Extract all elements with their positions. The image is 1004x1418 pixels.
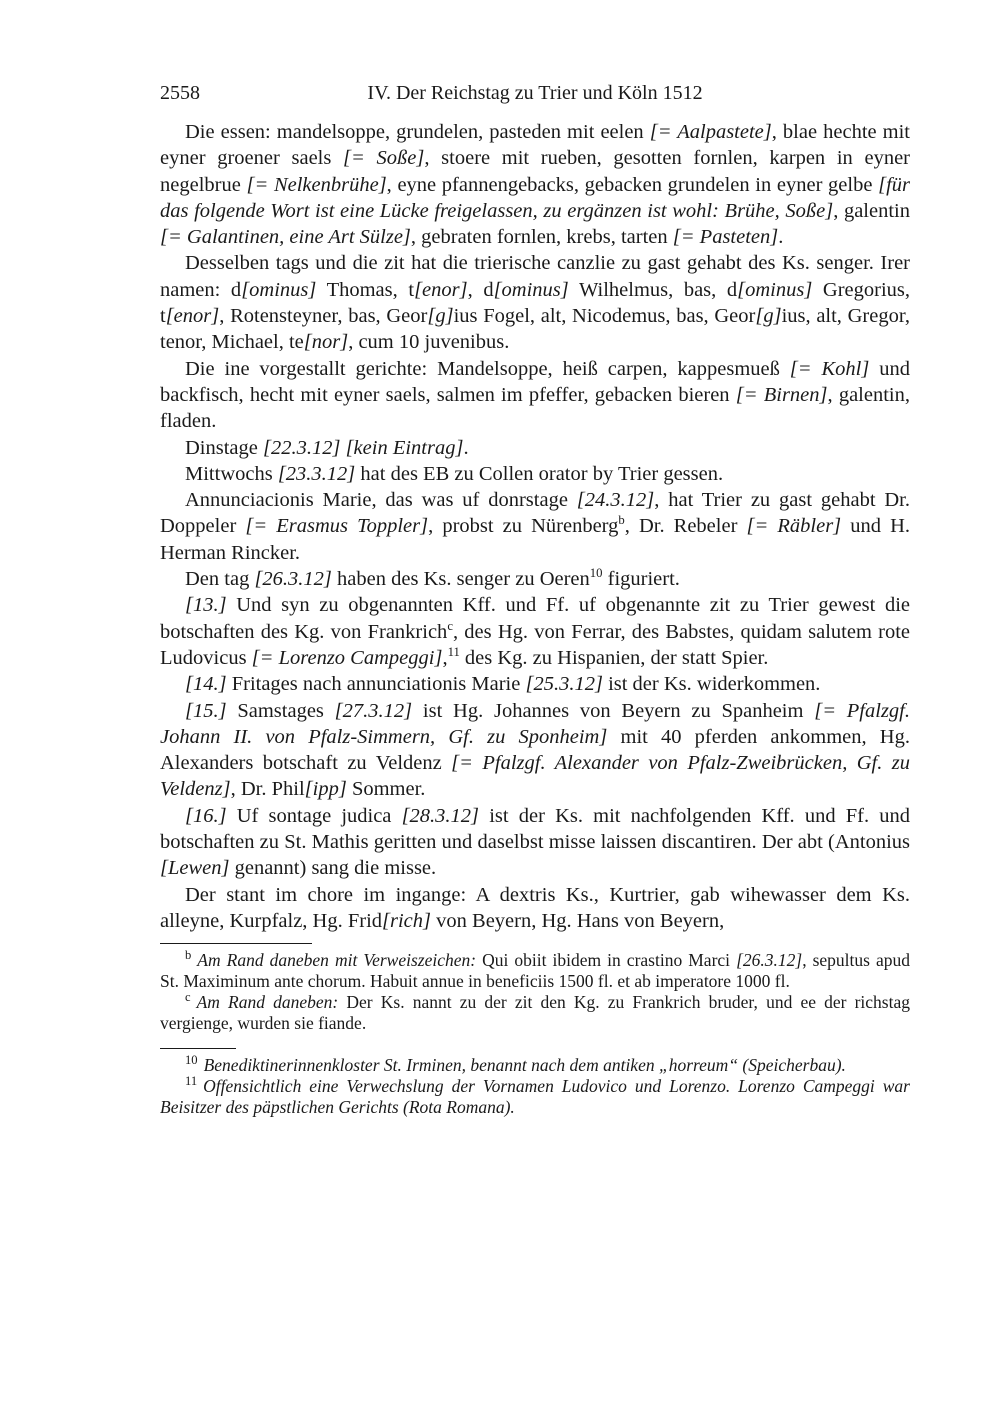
editorial-insertion: [= Erasmus Toppler] [245,515,428,537]
paragraph: Die essen: mandelsoppe, grundelen, paste… [160,119,910,250]
paragraph: Den tag [26.3.12] haben des Ks. senger z… [160,566,910,592]
editorial-insertion: Am Rand daneben: [197,992,339,1012]
text-run: ist Hg. Johannes von Beyern zu Spanheim [412,700,814,722]
text-run: haben des Ks. senger zu Oeren [332,568,590,590]
editorial-insertion: [= Nelkenbrühe] [246,174,386,196]
text-run: von Beyern, Hg. Hans von Beyern, [431,910,724,932]
text-critical-notes: bAm Rand daneben mit Verweiszeichen: Qui… [160,950,910,1034]
text-run: Annunciacionis Marie, das was uf donrsta… [185,489,577,511]
page: 2558 IV. Der Reichstag zu Trier und Köln… [160,78,910,1118]
running-title: IV. Der Reichstag zu Trier und Köln 1512 [160,78,910,108]
editorial-insertion: [ipp] [305,778,347,800]
text-note: bAm Rand daneben mit Verweiszeichen: Qui… [160,950,910,992]
text-run: Uf sontage judica [227,805,402,827]
editorial-insertion: [23.3.12] [278,463,355,485]
editorial-insertion: Am Rand daneben mit Verweiszeichen: [197,950,476,970]
editorial-insertion: Offensichtlich eine Verwechslung der Vor… [160,1076,910,1117]
editorial-insertion: [27.3.12] [335,700,412,722]
text-run: . [778,226,783,248]
editorial-insertion: [enor] [414,279,468,301]
note-reference[interactable]: 11 [448,645,460,659]
editorial-insertion: [= Lorenzo Campeggi] [252,647,443,669]
editorial-insertion: [24.3.12] [577,489,654,511]
editorial-insertion: [= Räbler] [746,515,841,537]
running-head: 2558 IV. Der Reichstag zu Trier und Köln… [160,78,910,108]
text-run: . [463,437,468,459]
editorial-insertion: [28.3.12] [402,805,479,827]
paragraph: [16.] Uf sontage judica [28.3.12] ist de… [160,803,910,882]
text-run: , Dr. Rebeler [625,515,747,537]
text-run: , gebraten fornlen, krebs, tarten [411,226,673,248]
editorial-insertion: [nor] [304,331,348,353]
text-notes-divider [160,943,312,944]
text-run: , d [468,279,494,301]
editorial-insertion: [22.3.12] [kein Eintrag] [263,437,463,459]
editorial-insertion: [= Birnen] [736,384,828,406]
editorial-insertion: [= Kohl] [790,358,870,380]
paragraph: [15.] Samstages [27.3.12] ist Hg. Johann… [160,698,910,803]
text-run: Sommer. [347,778,426,800]
editorial-insertion: [= Pasteten] [673,226,779,248]
editorial-insertion: [16.] [185,805,227,827]
editorial-insertion: [= Soße] [343,147,424,169]
paragraph: Mittwochs [23.3.12] hat des EB zu Collen… [160,461,910,487]
text-run: genannt) sang die misse. [229,857,436,879]
editorial-insertion: [enor] [166,305,220,327]
editorial-insertion: [= Aalpastete] [650,121,772,143]
paragraph: [13.] Und syn zu obgenannten Kff. und Ff… [160,592,910,671]
text-run: Thomas, t [316,279,414,301]
editorial-insertion: [rich] [382,910,431,932]
editorial-insertion: [= Galantinen, eine Art Sülze] [160,226,411,248]
text-run: Mittwochs [185,463,278,485]
text-run: des Kg. zu Hispanien, der statt Spier. [460,647,769,669]
editorial-insertion: [13.] [185,594,227,616]
text-run: ist der Ks. widerkommen. [603,673,821,695]
footnotes-divider [160,1048,236,1049]
text-run: Wilhelmus, bas, d [569,279,737,301]
text-run: , galentin [833,200,910,222]
note-mark: b [185,948,191,962]
footnotes: 10Benediktinerinnenkloster St. Irminen, … [160,1055,910,1118]
editorial-insertion: [g] [755,305,781,327]
text-run: Samstages [227,700,335,722]
text-note: cAm Rand daneben: Der Ks. nannt zu der z… [160,992,910,1034]
text-run: , cum 10 juvenibus. [348,331,509,353]
footnote: 11Offensichtlich eine Verwechslung der V… [160,1076,910,1118]
paragraph: Annunciacionis Marie, das was uf donrsta… [160,487,910,566]
editorial-insertion: [25.3.12] [525,673,602,695]
text-run: , Dr. Phil [231,778,305,800]
editorial-insertion: [26.3.12] [736,950,802,970]
editorial-insertion: [14.] [185,673,227,695]
paragraph: Der stant im chore im ingange: A dextris… [160,882,910,935]
editorial-insertion: Benediktinerinnenkloster St. Irminen, be… [204,1055,846,1075]
paragraph: Desselben tags und die zit hat die trier… [160,250,910,355]
note-mark: c [185,990,191,1004]
paragraph: Dinstage [22.3.12] [kein Eintrag]. [160,435,910,461]
text-run: figuriert. [603,568,680,590]
editorial-insertion: [g] [427,305,453,327]
note-reference[interactable]: 10 [590,566,603,580]
editorial-insertion: [Lewen] [160,857,229,879]
text-run: Qui obiit ibidem in crastino Marci [476,950,736,970]
editorial-insertion: [ominus] [737,279,812,301]
editorial-insertion: [26.3.12] [254,568,331,590]
paragraph: Die ine vorgestallt gerichte: Mandelsopp… [160,356,910,435]
note-mark: 10 [185,1053,198,1067]
editorial-insertion: [15.] [185,700,227,722]
main-text: Die essen: mandelsoppe, grundelen, paste… [160,119,910,934]
text-run: Dinstage [185,437,263,459]
text-run: hat des EB zu Collen orator by Trier ges… [355,463,723,485]
footnote: 10Benediktinerinnenkloster St. Irminen, … [160,1055,910,1076]
text-run: Die essen: mandelsoppe, grundelen, paste… [185,121,650,143]
text-run: , probst zu Nürenberg [428,515,618,537]
note-mark: 11 [185,1074,197,1088]
text-run: Den tag [185,568,254,590]
text-run: Die ine vorgestallt gerichte: Mandelsopp… [185,358,790,380]
text-run: , Rotensteyner, bas, Geor [219,305,427,327]
editorial-insertion: [ominus] [494,279,569,301]
text-run: Fritages nach annunciationis Marie [227,673,526,695]
text-run: ius Fogel, alt, Nicodemus, bas, Geor [454,305,756,327]
editorial-insertion: [ominus] [241,279,316,301]
text-run: , eyne pfannengebacks, gebacken grundele… [387,174,878,196]
paragraph: [14.] Fritages nach annunciationis Marie… [160,671,910,697]
